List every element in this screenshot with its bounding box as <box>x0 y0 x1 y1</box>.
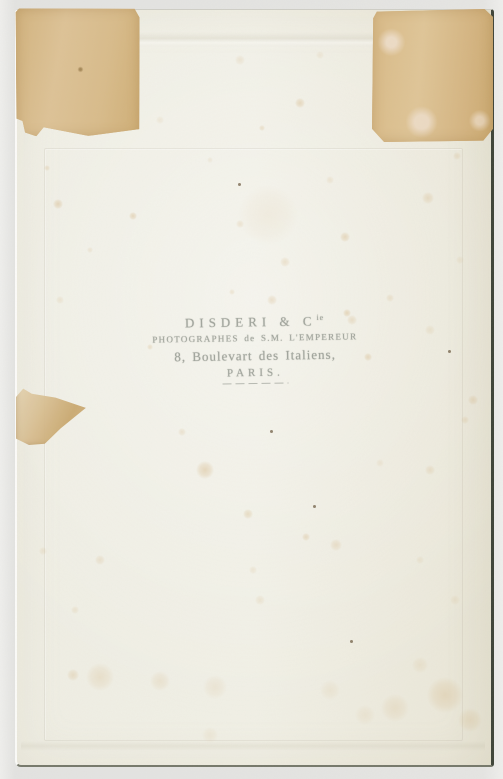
emboss-border <box>44 148 463 741</box>
stamp-superscript: ie <box>316 313 324 322</box>
stamp-studio-name: DISDERI & C <box>185 313 317 330</box>
stamp-line-address: 8, Boulevart des Italiens, <box>117 346 393 366</box>
crease-bottom <box>21 741 485 751</box>
scan-background: DISDERI & Cie PHOTOGRAPHES de S.M. L'EMP… <box>0 0 503 779</box>
tape-top-left <box>16 8 141 137</box>
stamp-line-city: PARIS. <box>117 365 393 381</box>
photographer-stamp: DISDERI & Cie PHOTOGRAPHES de S.M. L'EMP… <box>116 312 393 387</box>
stamp-line-title: PHOTOGRAPHES de S.M. L'EMPEREUR <box>117 331 393 345</box>
tape-top-right <box>372 9 493 142</box>
stamp-line-studio: DISDERI & Cie <box>116 312 392 333</box>
